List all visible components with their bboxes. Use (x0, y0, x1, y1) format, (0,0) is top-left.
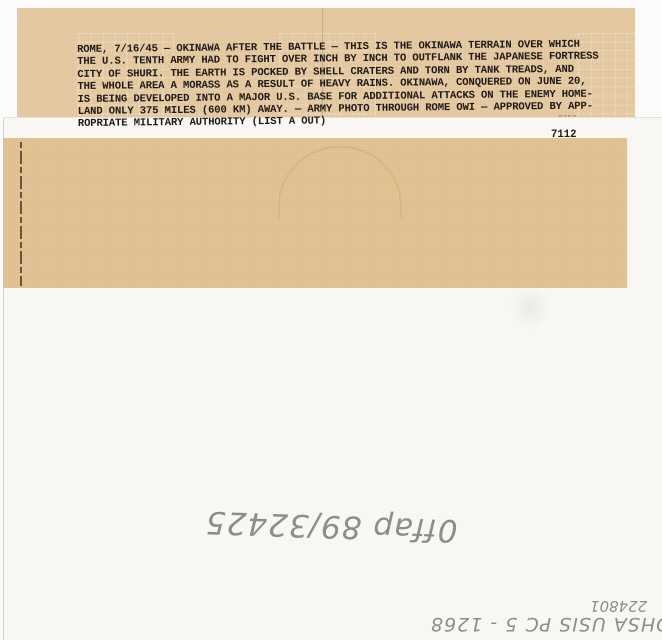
caption-text: ROME, 7/16/45 — OKINAWA AFTER THE BATTLE… (77, 38, 623, 131)
caption-number: 7112 (551, 129, 576, 141)
faint-stamp-mark (510, 285, 550, 330)
strip-torn-edge (20, 142, 22, 286)
watermark-emblem (278, 146, 402, 218)
handwritten-archive-reference: OHSA USIS PC 5 - 1268 (430, 613, 662, 635)
caption-strip (3, 138, 627, 288)
